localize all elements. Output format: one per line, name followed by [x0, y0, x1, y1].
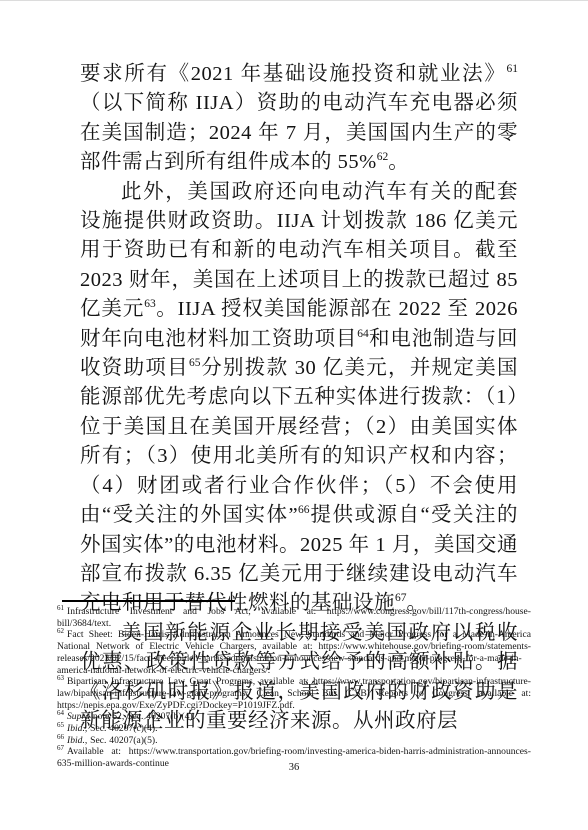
footnote-text-run: Supra	[67, 711, 90, 722]
footnote-item: 62Fact Sheet: Biden-Harris Administratio…	[57, 629, 531, 676]
body-paragraph: 此外，美国政府还向电动汽车有关的配套设施提供财政资助。IIJA 计划拨款 186…	[80, 178, 518, 619]
footnote-text-run: , Sec. 40207(c)(4).	[85, 723, 158, 734]
text-run: （以下简称 IIJA）资助的电动汽车充电器必须在美国制造；2024 年 7 月，…	[80, 92, 518, 173]
footnote-number: 63	[57, 674, 64, 682]
footnote-item: 65Ibid., Sec. 40207(c)(4).	[57, 723, 531, 735]
footnote-ref: 66	[298, 504, 310, 516]
body-paragraph: 要求所有《2021 年基础设施投资和就业法》61（以下简称 IIJA）资助的电动…	[80, 60, 518, 178]
footnote-area: 61Infrastructure Investment and Jobs Act…	[57, 600, 531, 770]
footnote-number: 67	[57, 744, 64, 752]
text-run: 要求所有《2021 年基础设施投资和就业法》	[80, 63, 507, 85]
footnote-number: 62	[57, 627, 64, 635]
footnote-number: 65	[57, 721, 64, 729]
page-number: 36	[0, 762, 588, 773]
footnote-ref: 63	[144, 298, 156, 310]
footnote-item: 63Bipartisan Infrastructure Law Grant Pr…	[57, 676, 531, 711]
footnote-number: 66	[57, 733, 64, 741]
footnote-ref: 65	[189, 357, 201, 369]
footnote-item: 61Infrastructure Investment and Jobs Act…	[57, 606, 531, 629]
footnote-list: 61Infrastructure Investment and Jobs Act…	[57, 606, 531, 770]
footnote-separator-rule	[62, 600, 235, 602]
footnote-text-run: Bipartisan Infrastructure Law Grant Prog…	[57, 676, 531, 710]
footnote-text-run: Ibid.	[67, 723, 85, 734]
footnote-text-run: Fact Sheet: Biden-Harris Administration …	[57, 629, 531, 675]
footnote-ref: 64	[357, 328, 369, 340]
footnote-ref: 61	[507, 63, 519, 75]
footnote-text-run: Infrastructure Investment and Jobs Act, …	[57, 606, 531, 629]
footnote-text-run: , Sec. 40207(a)(5).	[85, 735, 158, 746]
text-run: 分别拨款 30 亿美元，并规定美国能源部优先考虑向以下五种实体进行拨款：（1）位…	[80, 357, 518, 526]
footnote-text-run: Ibid.	[67, 735, 85, 746]
footnote-item: 64Supra note 52, Sec. 40207(b)(4).	[57, 711, 531, 723]
document-page: 要求所有《2021 年基础设施投资和就业法》61（以下简称 IIJA）资助的电动…	[0, 0, 588, 830]
footnote-number: 64	[57, 709, 64, 717]
footnote-text-run: note 52, Sec. 40207(b)(4).	[90, 711, 195, 722]
footnote-ref: 62	[377, 151, 389, 163]
footnote-item: 66Ibid., Sec. 40207(a)(5).	[57, 735, 531, 747]
footnote-number: 61	[57, 604, 64, 612]
text-run: 。	[388, 151, 409, 173]
